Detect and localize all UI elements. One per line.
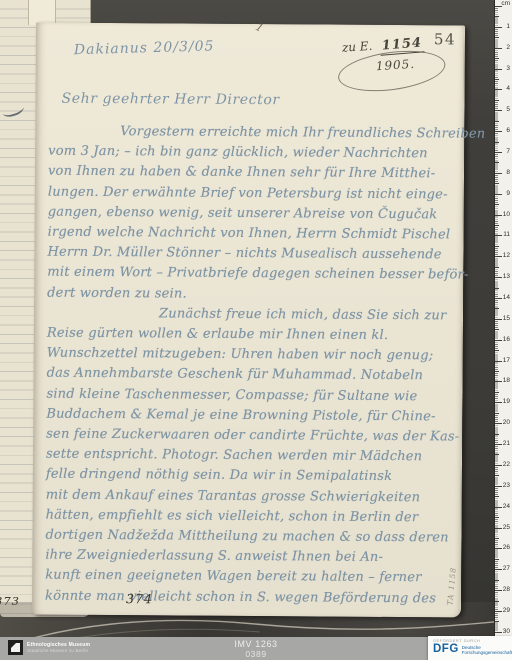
ruler-tick xyxy=(495,361,502,362)
ruler-tick xyxy=(495,601,499,602)
dfg-logo-icon: DFG xyxy=(433,644,459,655)
ruler-number: 12 xyxy=(503,253,510,259)
ruler-tick xyxy=(495,402,502,403)
ruler-tick xyxy=(495,215,502,216)
handwriting-line: mit dem Ankauf eines Tarantas grosse Sch… xyxy=(46,487,421,505)
handwriting-line: lungen. Der erwähnte Brief von Petersbur… xyxy=(48,184,448,202)
ruler-tick xyxy=(495,131,502,132)
handwriting-line: Buddachem & Kemal je eine Browning Pisto… xyxy=(46,406,435,424)
scan-background: 373 1 zu E. 1154 1905. 54 Dakianus 20/3/… xyxy=(0,0,512,660)
ruler-number: 7 xyxy=(506,149,510,155)
ruler-tick xyxy=(495,548,502,549)
handwriting-line: mit einem Wort – Privatbriefe dagegen sc… xyxy=(47,265,468,283)
handwriting-line: Vorgestern erreichte mich Ihr freundlich… xyxy=(120,124,485,142)
ruler-tick xyxy=(495,58,499,59)
ruler-number: 19 xyxy=(503,399,510,405)
ruler-number: 2 xyxy=(506,45,510,51)
ruler-number: 11 xyxy=(503,232,510,238)
handwriting-line: vom 3 Jan; – ich bin ganz glücklich, wie… xyxy=(48,144,428,162)
ruler-number: 28 xyxy=(503,587,510,593)
handwriting-line: Wunschzettel mitzugeben: Uhren haben wir… xyxy=(47,346,434,364)
ruler-tick xyxy=(495,183,499,184)
ruler-tick xyxy=(495,69,502,70)
ruler-tick xyxy=(495,350,499,351)
ruler-tick xyxy=(495,507,502,508)
ruler-number: 14 xyxy=(503,295,510,301)
ruler-tick xyxy=(495,538,499,539)
handwriting-line: irgend welche Nachricht von Ihnen, Herrn… xyxy=(48,225,451,243)
funder-name: Deutsche Forschungsgemeinschaft xyxy=(462,645,512,655)
ruler-tick xyxy=(495,319,502,320)
ruler-number: 20 xyxy=(503,420,510,426)
ruler-unit-label: cm xyxy=(501,0,510,7)
ruler-tick xyxy=(495,37,499,38)
handwriting-line: Reise gürten wollen & erlaube mir Ihnen … xyxy=(47,326,388,343)
ruler-tick xyxy=(495,235,502,236)
ruler-tick xyxy=(495,121,499,122)
ruler-tick xyxy=(495,517,499,518)
ruler-number: 6 xyxy=(506,128,510,134)
handwriting-line: hätten, empfiehlt es sich vielleicht, sc… xyxy=(46,507,419,525)
ruler-tick xyxy=(495,277,502,278)
handwriting-line: gangen, ebenso wenig, seit unserer Abrei… xyxy=(48,204,438,222)
ruler-tick xyxy=(495,298,502,299)
ruler-tick xyxy=(495,621,499,622)
vertical-shelf-note: TA 1158 xyxy=(445,543,460,606)
ruler-number: 4 xyxy=(506,86,510,92)
ruler-number: 5 xyxy=(506,107,510,113)
handwriting-line: könnte man vielleicht schon in S. wegen … xyxy=(45,588,436,606)
ruler-tick xyxy=(495,423,502,424)
ruler-tick xyxy=(495,413,499,414)
ruler-tick xyxy=(495,6,502,7)
ruler-tick xyxy=(495,48,502,49)
ruler-tick xyxy=(495,434,499,435)
ruler-tick xyxy=(495,580,499,581)
ruler-tick xyxy=(495,559,499,560)
ruler-tick xyxy=(495,100,499,101)
ruler-number: 25 xyxy=(503,525,510,531)
handwriting-line: ihre Zweigniederlassung S. anweist Ihnen… xyxy=(45,548,383,565)
ruler-tick xyxy=(495,392,499,393)
ruler-tick xyxy=(495,569,502,570)
ruler-tick xyxy=(495,528,502,529)
ruler-tick xyxy=(495,194,502,195)
ruler-tick xyxy=(495,110,502,111)
ruler-tick xyxy=(495,27,502,28)
ruler-tick xyxy=(495,308,499,309)
ruler-number: 27 xyxy=(503,566,510,572)
ruler-tick xyxy=(495,267,499,268)
ruler-tick xyxy=(495,288,499,289)
letter-dateline: Dakianus 20/3/05 xyxy=(74,38,215,58)
ruler-number: 29 xyxy=(503,608,510,614)
ruler-tick xyxy=(495,454,499,455)
ruler-number: 8 xyxy=(506,170,510,176)
ruler-number: 10 xyxy=(503,212,510,218)
letter-page: 1 zu E. 1154 1905. 54 Dakianus 20/3/05 S… xyxy=(32,23,465,618)
ruler-number: 15 xyxy=(503,316,510,322)
ruler-tick xyxy=(495,486,502,487)
ruler-number: 18 xyxy=(503,378,510,384)
handwriting-line: dortigen Nadžežda Mittheilung zu machen … xyxy=(45,528,448,546)
ruler-number: 16 xyxy=(503,337,510,343)
ruler-tick xyxy=(495,340,502,341)
page-number-main: 374 xyxy=(126,591,153,606)
ruler-tick xyxy=(495,16,499,17)
ruler: cm 1234567891011121314151617181920212223… xyxy=(494,0,512,660)
ruler-tick xyxy=(495,162,499,163)
handwriting-line: kunft einen geeigneten Wagen bereit zu h… xyxy=(45,568,421,586)
pencil-mark-1: 1 xyxy=(253,20,265,35)
letter-body: Vorgestern erreichte mich Ihr freundlich… xyxy=(36,23,464,26)
ruler-tick xyxy=(495,204,499,205)
ruler-tick xyxy=(495,496,499,497)
ruler-tick xyxy=(495,329,499,330)
ruler-number: 22 xyxy=(503,462,510,468)
ruler-number: 21 xyxy=(503,441,510,447)
ruler-tick xyxy=(495,142,499,143)
ruler-tick xyxy=(495,381,502,382)
handwriting-line: sette entspricht. Photogr. Sachen werden… xyxy=(46,447,422,465)
ruler-number: 24 xyxy=(503,504,510,510)
ruler-number: 3 xyxy=(506,66,510,72)
ruler-tick xyxy=(495,225,499,226)
handwriting-line: sind kleine Taschenmesser, Compasse; für… xyxy=(46,386,417,404)
ruler-tick xyxy=(495,79,499,80)
ruler-tick xyxy=(495,465,502,466)
ruler-number: 9 xyxy=(506,191,510,197)
ruler-tick xyxy=(495,246,499,247)
ruler-tick xyxy=(495,590,502,591)
letter-salutation: Sehr geehrter Herr Director xyxy=(61,91,279,109)
handwriting-line: von Ihnen zu haben & danke Ihnen sehr fü… xyxy=(48,164,435,182)
handwriting-line: Herrn Dr. Müller Stönner – nichts Museal… xyxy=(47,245,441,263)
margin-ink-mark xyxy=(1,101,26,119)
ruler-number: 30 xyxy=(503,629,510,635)
ruler-tick xyxy=(495,611,502,612)
registry-note-prefix: zu E. xyxy=(342,39,373,55)
ruler-number: 23 xyxy=(503,483,510,489)
ruler-number: 26 xyxy=(503,545,510,551)
ruler-tick xyxy=(495,371,499,372)
handwriting-line: das Annehmbarste Geschenk für Muhammad. … xyxy=(47,366,424,384)
ruler-tick xyxy=(495,173,502,174)
funder-card: GEFÖRDERT DURCH DFG Deutsche Forschungsg… xyxy=(428,636,512,660)
ruler-tick xyxy=(495,475,499,476)
handwriting-line: felle dringend nöthig sein. Da wir in Se… xyxy=(46,467,392,484)
ruler-tick xyxy=(495,152,502,153)
ruler-tick xyxy=(495,444,502,445)
ruler-tick xyxy=(495,632,502,633)
ruler-number: 17 xyxy=(503,358,510,364)
ruler-tick xyxy=(495,89,502,90)
ruler-number: 1 xyxy=(506,24,510,30)
adjacent-page-tab xyxy=(28,0,56,25)
ruler-number: 13 xyxy=(503,274,510,280)
handwriting-line: Zunächst freue ich mich, dass Sie sich z… xyxy=(159,306,446,323)
handwriting-line: dert worden zu sein. xyxy=(47,285,187,301)
handwriting-line: sen feine Zuckerwaaren oder candirte Frü… xyxy=(46,427,459,445)
ruler-tick xyxy=(495,256,502,257)
folio-number: 54 xyxy=(434,30,456,48)
